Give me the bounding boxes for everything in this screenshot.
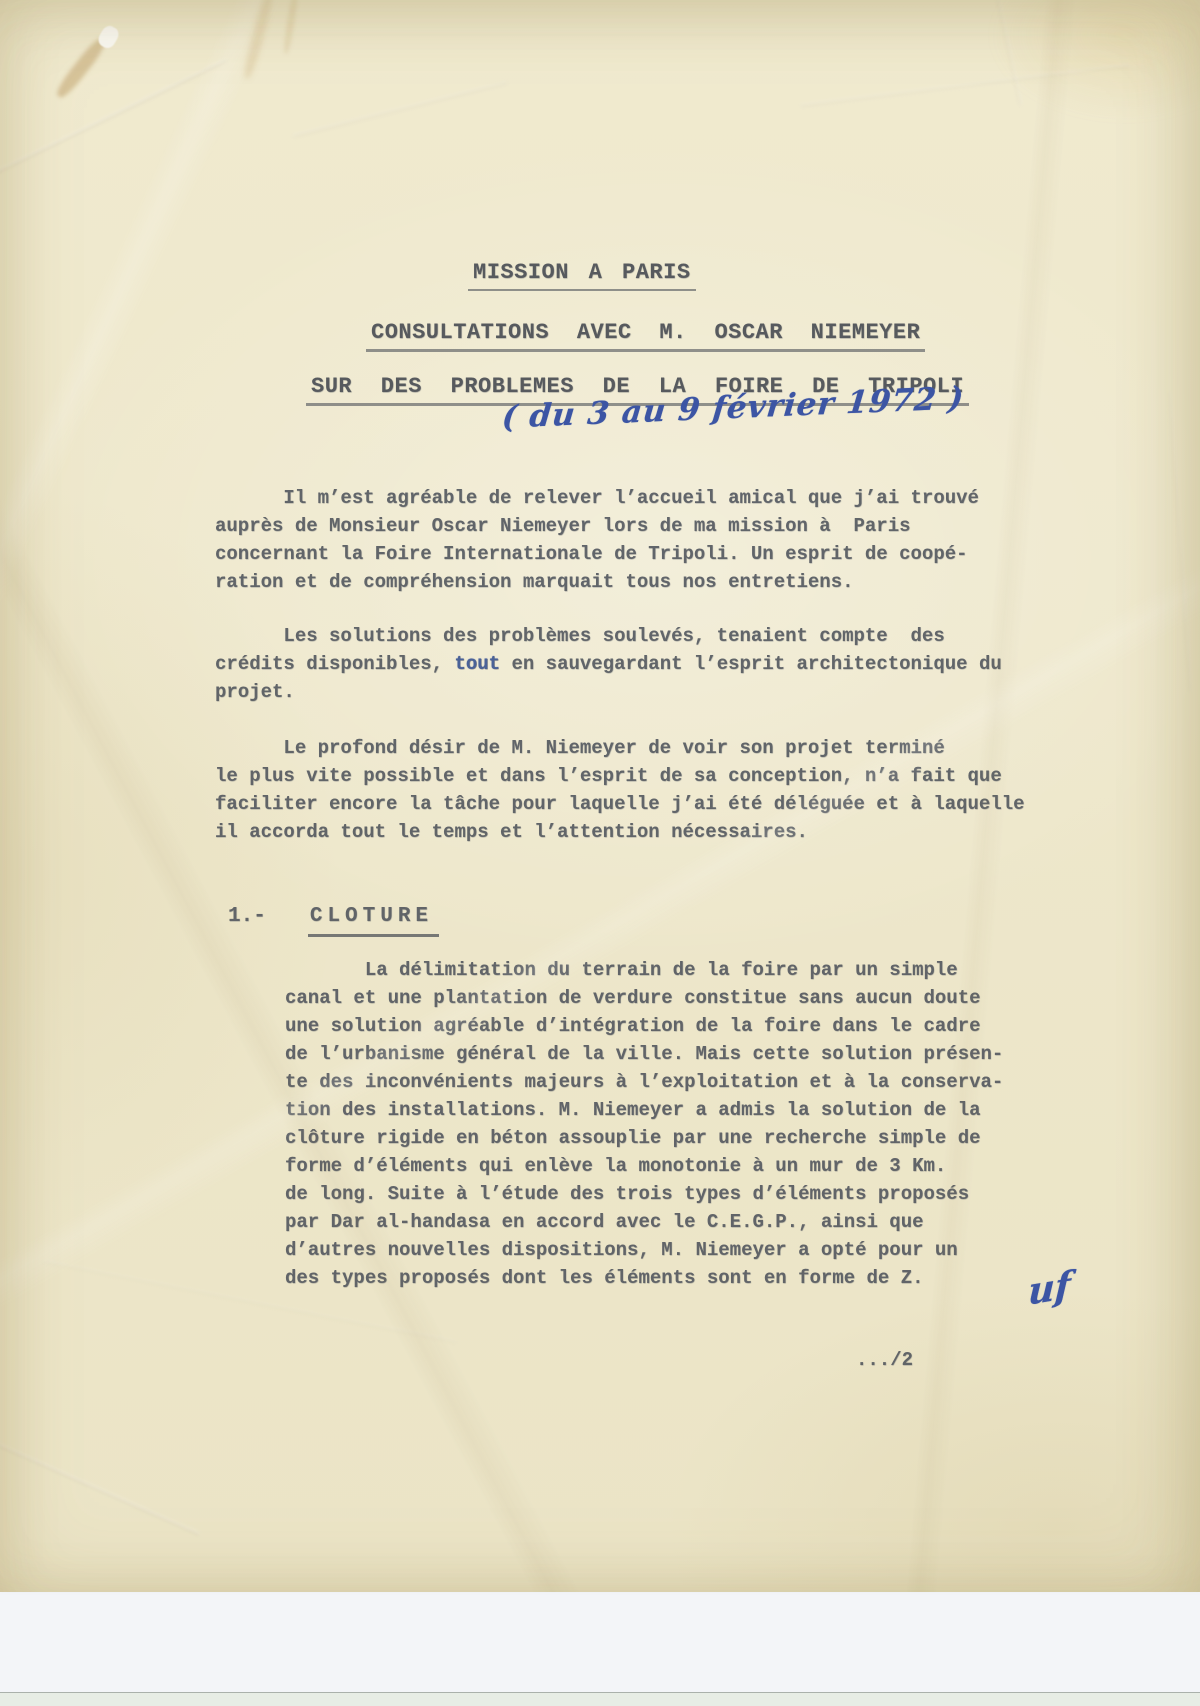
paper-crease bbox=[0, 59, 227, 180]
section-1-body: La délimitation du terrain de la foire p… bbox=[285, 956, 1003, 1292]
scanned-document-screenshot: MISSION A PARIS CONSULTATIONS AVEC M. OS… bbox=[0, 0, 1200, 1706]
scanner-bottom-strip bbox=[0, 1692, 1200, 1706]
paper-stain bbox=[282, 0, 298, 54]
section-1-title: CLOTURE bbox=[308, 903, 439, 937]
handwritten-initials: uf bbox=[1027, 1262, 1072, 1314]
section-1-number: 1.- bbox=[228, 903, 266, 931]
document-title-line2: CONSULTATIONS AVEC M. OSCAR NIEMEYER bbox=[366, 320, 925, 352]
paragraph-intro-3: Le profond désir de M. Niemeyer de voir … bbox=[215, 734, 1025, 846]
page-continuation-marker: .../2 bbox=[856, 1346, 913, 1374]
section-1-heading: 1.-CLOTURE bbox=[228, 903, 439, 937]
paper-crease bbox=[1168, 392, 1192, 691]
paper-crease bbox=[293, 81, 507, 137]
document-title-line1: MISSION A PARIS bbox=[468, 260, 696, 291]
paper-sheet: MISSION A PARIS CONSULTATIONS AVEC M. OS… bbox=[0, 0, 1200, 1592]
paragraph-intro-2: Les solutions des problèmes soulevés, te… bbox=[215, 622, 1002, 706]
handwritten-word-correction: tout bbox=[454, 653, 500, 675]
paper-crease bbox=[0, 1431, 200, 1535]
paper-stain bbox=[241, 0, 275, 80]
paragraph-intro-1: Il m’est agréable de relever l’accueil a… bbox=[215, 484, 979, 596]
